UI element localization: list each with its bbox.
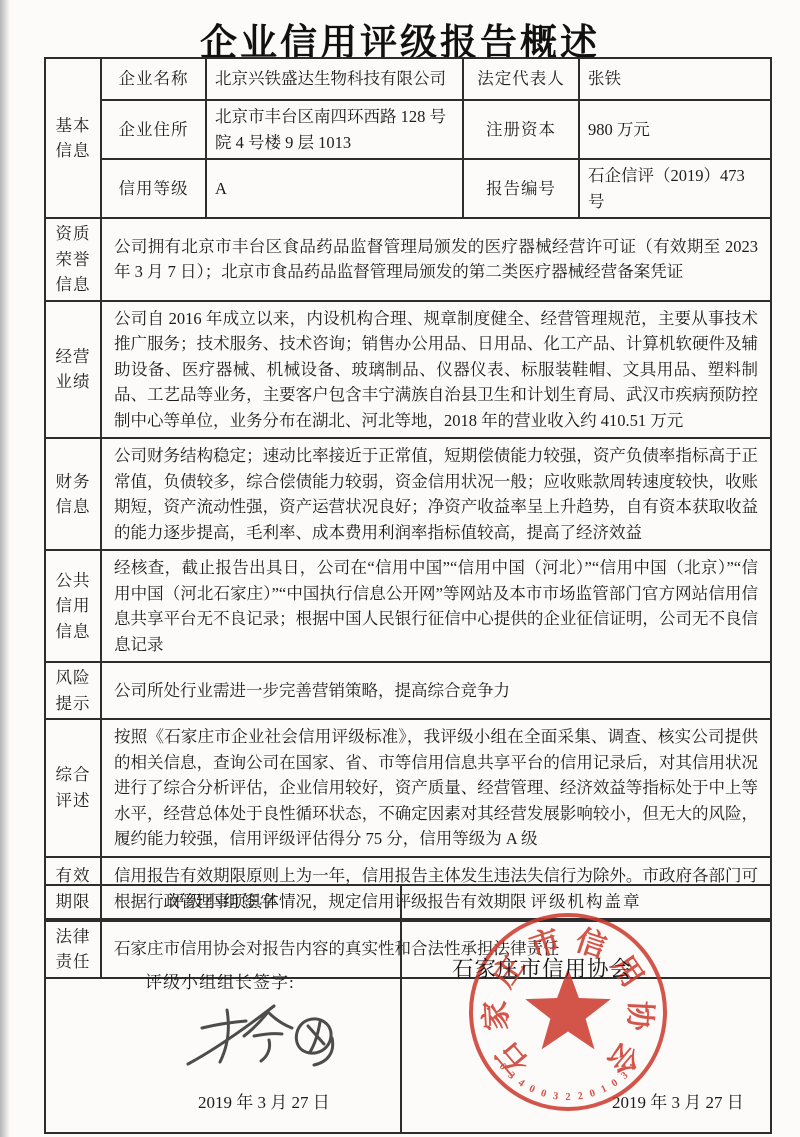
svg-text:0: 0 — [588, 1088, 596, 1100]
section-text-public-credit-info: 经核查，截止报告出具日，公司在“信用中国”“信用中国（河北）”“信用中国（北京）… — [101, 550, 771, 662]
table-row: 企业住所 北京市丰台区南四环西路 128 号院 4 号楼 9 层 1013 注册… — [45, 100, 771, 159]
section-label-business-performance: 经营 业绩 — [45, 301, 101, 439]
organization-red-seal: 石家庄市信用协会1301022300430 — [448, 892, 688, 1132]
svg-text:0: 0 — [539, 1088, 547, 1100]
section-text-overall-review: 按照《石家庄市企业社会信用评级标准》，我评级小组在全面采集、调查、核实公司提供的… — [101, 719, 771, 857]
label-company-address: 企业住所 — [101, 100, 206, 159]
organization-name: 石家庄市信用协会 — [452, 952, 632, 983]
table-row: 财务 信息 公司财务结构稳定；速动比率接近于正常值，短期偿债能力较强，资产负债率… — [45, 438, 771, 550]
label-company-name: 企业名称 — [101, 58, 206, 100]
handwritten-signature — [182, 998, 350, 1082]
label-credit-grade: 信用等级 — [101, 159, 206, 218]
table-row: 信用等级 A 报告编号 石企信评（2019）473 号 — [45, 159, 771, 218]
table-row: 综合 评述 按照《石家庄市企业社会信用评级标准》，我评级小组在全面采集、调查、核… — [45, 719, 771, 857]
section-label-risk-warning: 风险 提示 — [45, 662, 101, 719]
section-label-basic-info: 基本 信息 — [45, 58, 101, 218]
section-label-qualifications: 资质 荣誉 信息 — [45, 218, 101, 301]
svg-text:0: 0 — [610, 1077, 620, 1089]
label-registered-capital: 注册资本 — [463, 100, 579, 159]
label-report-number: 报告编号 — [463, 159, 579, 218]
section-label-public-credit-info: 公共 信用 信息 — [45, 550, 101, 662]
section-label-financial-info: 财务 信息 — [45, 438, 101, 550]
table-row: 公共 信用 信息 经核查，截止报告出具日，公司在“信用中国”“信用中国（河北）”… — [45, 550, 771, 662]
table-row: 资质 荣誉 信息 公司拥有北京市丰台区食品药品监督管理局颁发的医疗器械经营许可证… — [45, 218, 771, 301]
section-text-risk-warning: 公司所处行业需进一步完善营销策略，提高综合竞争力 — [101, 662, 771, 719]
value-company-name: 北京兴铁盛达生物科技有限公司 — [206, 58, 463, 100]
svg-text:1: 1 — [599, 1083, 608, 1095]
svg-text:家: 家 — [479, 1000, 513, 1032]
section-text-business-performance: 公司自 2016 年成立以来，内设机构合理、规章制度健全、经营管理规范，主要从事… — [101, 301, 771, 439]
scanned-report-page: 企业信用评级报告概述 基本 信息 企业名称 北京兴铁盛达生物科技有限公司 法定代… — [0, 0, 800, 1137]
svg-text:0: 0 — [527, 1083, 536, 1095]
value-legal-representative: 张铁 — [579, 58, 771, 100]
team-leader-signature-label: 评级小组组长签字: — [145, 968, 295, 993]
svg-text:3: 3 — [552, 1091, 559, 1103]
signature-date: 2019 年 3 月 27 日 — [198, 1088, 330, 1113]
table-row: 基本 信息 企业名称 北京兴铁盛达生物科技有限公司 法定代表人 张铁 — [45, 58, 771, 100]
report-table: 基本 信息 企业名称 北京兴铁盛达生物科技有限公司 法定代表人 张铁 企业住所 … — [44, 57, 772, 979]
header-rating-team-signature: 评级小组签字 — [45, 885, 401, 919]
value-credit-grade: A — [206, 159, 463, 218]
section-text-qualifications: 公司拥有北京市丰台区食品药品监督管理局颁发的医疗器械经营许可证（有效期至 202… — [101, 218, 771, 301]
value-report-number: 石企信评（2019）473 号 — [579, 159, 771, 218]
svg-text:协: 协 — [622, 1000, 657, 1033]
table-row: 经营 业绩 公司自 2016 年成立以来，内设机构合理、规章制度健全、经营管理规… — [45, 301, 771, 439]
svg-text:2: 2 — [577, 1091, 584, 1103]
svg-text:2: 2 — [565, 1092, 570, 1103]
scan-shadow — [0, 0, 10, 1137]
value-registered-capital: 980 万元 — [579, 100, 771, 159]
value-company-address: 北京市丰台区南四环西路 128 号院 4 号楼 9 层 1013 — [206, 100, 463, 159]
section-label-overall-review: 综合 评述 — [45, 719, 101, 857]
svg-text:4: 4 — [516, 1077, 527, 1089]
section-text-financial-info: 公司财务结构稳定；速动比率接近于正常值，短期偿债能力较强，资产负债率指标高于正常… — [101, 438, 771, 550]
label-legal-representative: 法定代表人 — [463, 58, 579, 100]
table-row: 风险 提示 公司所处行业需进一步完善营销策略，提高综合竞争力 — [45, 662, 771, 719]
